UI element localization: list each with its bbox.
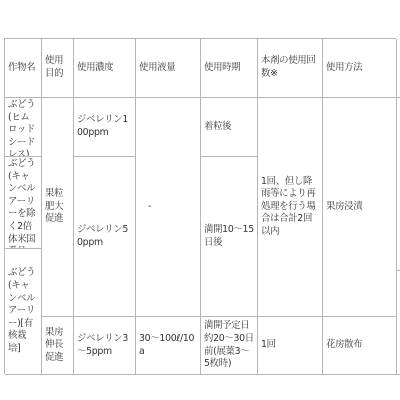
header-purpose: 使用目的 bbox=[42, 39, 74, 98]
timing-cell: 満開10～15日後 bbox=[201, 157, 258, 317]
purpose-cell: 果房伸長促進 bbox=[42, 317, 74, 375]
pesticide-usage-table: 作物名 使用目的 使用濃度 使用液量 使用時期 本剤の使用回数※ 使用方法 ジベ… bbox=[4, 38, 396, 374]
crop-cell: ぶどう(キャンベルアーリー)[有核栽培] bbox=[5, 249, 42, 375]
concentration-cell: ジベレリン50ppm bbox=[74, 157, 136, 317]
volume-cell: 30～100ℓ/10a bbox=[136, 317, 201, 375]
header-this-agent-count: 本剤の使用回数※ bbox=[258, 39, 323, 98]
concentration-cell: ジベレリン3～5ppm bbox=[74, 317, 136, 375]
header-concentration: 使用濃度 bbox=[74, 39, 136, 98]
concentration-cell: ジベレリン100ppm bbox=[74, 98, 136, 157]
volume-cell: - bbox=[136, 98, 201, 317]
purpose-cell: 果粒肥大促進 bbox=[42, 98, 74, 317]
timing-cell: 着粒後 bbox=[201, 98, 258, 157]
header-timing: 使用時期 bbox=[201, 39, 258, 98]
crop-cell: ぶどう(キャンベルアーリーを除く2倍体米国系品種)[有核栽培] bbox=[5, 157, 42, 249]
timing-cell: 満開予定日約20～30日前(展葉3～5枚時) bbox=[201, 317, 258, 375]
crop-cell: ぶどう(ヒムロッドシードレス) bbox=[5, 98, 42, 157]
header-method: 使用方法 bbox=[323, 39, 397, 98]
method-cell: 花房散布 bbox=[323, 317, 397, 375]
this-agent-count-cell: 1回、但し降雨等により再処理を行う場合は合計2回以内 bbox=[258, 98, 323, 317]
this-agent-count-cell: 1回 bbox=[258, 317, 323, 375]
method-cell: 果房浸漬 bbox=[323, 98, 397, 317]
header-crop: 作物名 bbox=[5, 39, 42, 98]
header-volume: 使用液量 bbox=[136, 39, 201, 98]
